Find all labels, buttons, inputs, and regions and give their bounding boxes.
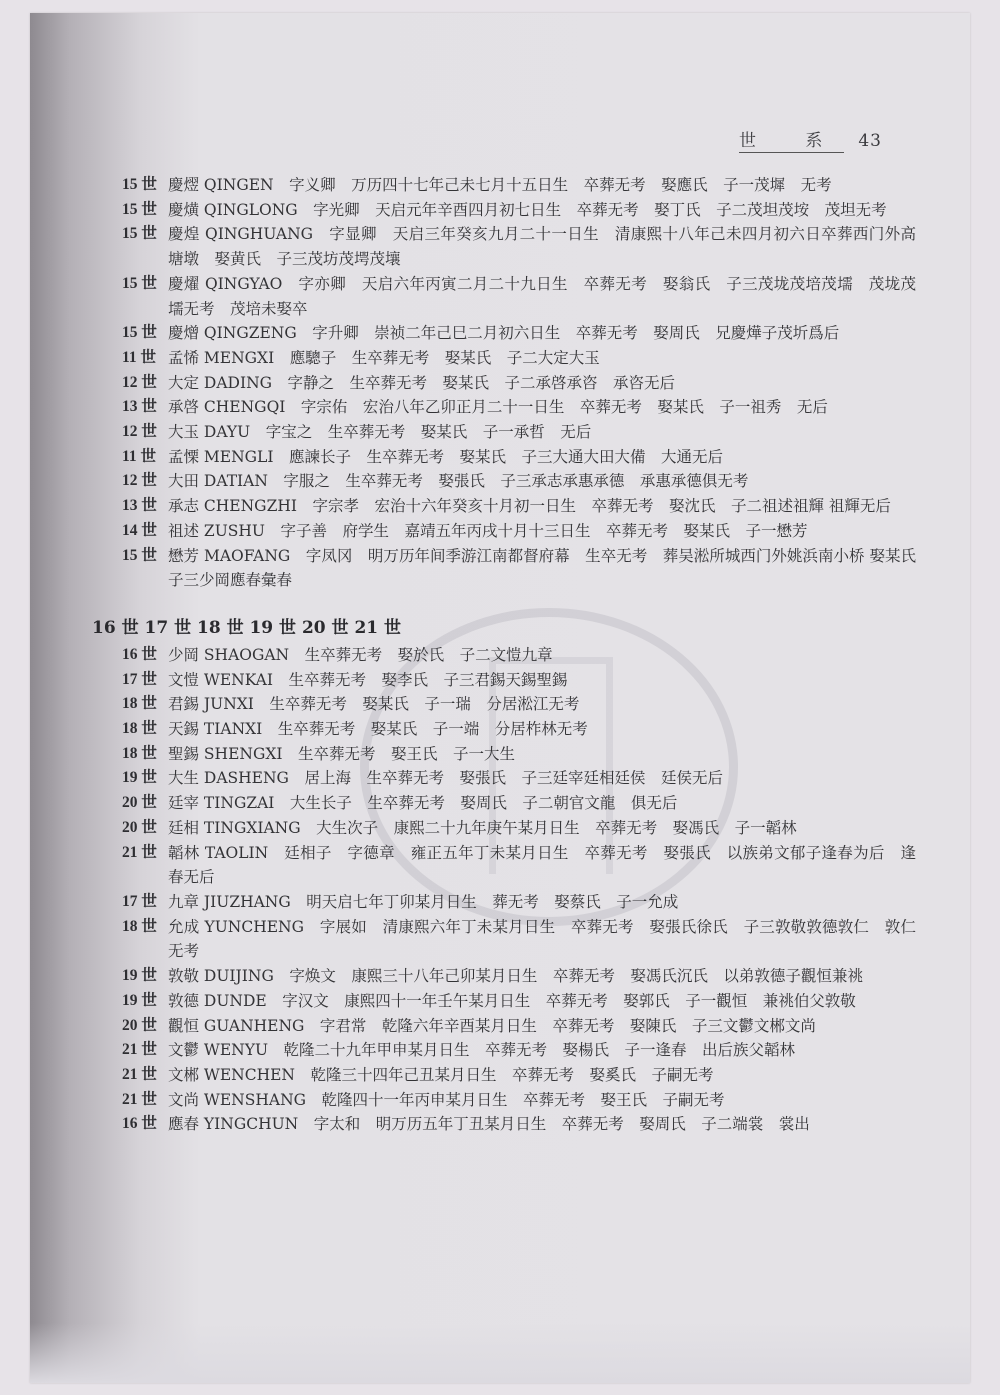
generation-label: 21 世 [122, 1088, 168, 1113]
genealogy-entry: 19 世敦德 DUNDE 字汉文 康熙四十一年壬午某月日生 卒葬无考 娶郭氏 子… [92, 989, 922, 1014]
genealogy-entry: 21 世文郴 WENCHEN 乾隆三十四年己丑某月日生 卒葬无考 娶奚氏 子嗣无… [92, 1063, 922, 1088]
entry-text: 聖錫 SHENGXI 生卒葬无考 娶王氏 子一大生 [168, 742, 922, 767]
entry-text: 廷相 TINGXIANG 大生次子 康熙二十九年庚午某月日生 卒葬无考 娶馮氏 … [168, 816, 922, 841]
genealogy-entry: 11 世孟慄 MENGLI 應諫长子 生卒葬无考 娶某氏 子三大通大田大備 大通… [92, 445, 922, 470]
scanned-page: 世 系43 15 世慶熤 QINGEN 字义卿 万历四十七年己未七月十五日生 卒… [30, 13, 970, 1383]
entry-text: 應春 YINGCHUN 字太和 明万历五年丁丑某月日生 卒葬无考 娶周氏 子二端… [168, 1112, 922, 1137]
entry-text: 君錫 JUNXI 生卒葬无考 娶某氏 子一瑞 分居淞江无考 [168, 692, 922, 717]
entry-text: 孟慄 MENGLI 應諫长子 生卒葬无考 娶某氏 子三大通大田大備 大通无后 [168, 445, 922, 470]
generation-label: 11 世 [122, 445, 168, 470]
genealogy-entry: 20 世觀恒 GUANHENG 字君常 乾隆六年辛酉某月日生 卒葬无考 娶陳氏 … [92, 1014, 922, 1039]
running-header: 世 系43 [739, 126, 882, 153]
genealogy-entry: 20 世廷宰 TINGZAI 大生长子 生卒葬无考 娶周氏 子二朝官文龍 俱无后 [92, 791, 922, 816]
genealogy-entry: 15 世慶熿 QINGLONG 字光卿 天启元年辛酉四月初七日生 卒葬无考 娶丁… [92, 198, 922, 223]
entry-text: 慶熿 QINGLONG 字光卿 天启元年辛酉四月初七日生 卒葬无考 娶丁氏 子二… [168, 198, 922, 223]
generation-label: 14 世 [122, 519, 168, 544]
generation-label: 19 世 [122, 964, 168, 989]
generation-label: 20 世 [122, 791, 168, 816]
generation-label: 18 世 [122, 915, 168, 964]
generation-label: 17 世 [122, 668, 168, 693]
entry-text: 天錫 TIANXI 生卒葬无考 娶某氏 子一端 分居柞林无考 [168, 717, 922, 742]
genealogy-entry: 17 世文愷 WENKAI 生卒葬无考 娶李氏 子三君錫天錫聖錫 [92, 668, 922, 693]
generation-label: 17 世 [122, 890, 168, 915]
entries-part-1: 15 世慶熤 QINGEN 字义卿 万历四十七年己未七月十五日生 卒葬无考 娶應… [92, 173, 922, 593]
generation-label: 19 世 [122, 989, 168, 1014]
entry-text: 敦敬 DUIJING 字焕文 康熙三十八年己卯某月日生 卒葬无考 娶馮氏沉氏 以… [168, 964, 922, 989]
entry-text: 九章 JIUZHANG 明天启七年丁卯某月日生 葬无考 娶蔡氏 子一允成 [168, 890, 922, 915]
generation-label: 15 世 [122, 544, 168, 593]
genealogy-entry: 15 世慶熷 QINGZENG 字升卿 崇祯二年己巳二月初六日生 卒葬无考 娶周… [92, 321, 922, 346]
genealogy-entry: 15 世慶熤 QINGEN 字义卿 万历四十七年己未七月十五日生 卒葬无考 娶應… [92, 173, 922, 198]
generation-label: 15 世 [122, 198, 168, 223]
genealogy-entry: 19 世敦敬 DUIJING 字焕文 康熙三十八年己卯某月日生 卒葬无考 娶馮氏… [92, 964, 922, 989]
entry-text: 敦德 DUNDE 字汉文 康熙四十一年壬午某月日生 卒葬无考 娶郭氏 子一觀恒 … [168, 989, 922, 1014]
genealogy-entry: 20 世廷相 TINGXIANG 大生次子 康熙二十九年庚午某月日生 卒葬无考 … [92, 816, 922, 841]
genealogy-entry: 15 世懋芳 MAOFANG 字凤冈 明万历年间季游江南都督府幕 生卒无考 葬吴… [92, 544, 922, 593]
entry-text: 少岡 SHAOGAN 生卒葬无考 娶於氏 子二文愷九章 [168, 643, 922, 668]
generation-label: 12 世 [122, 420, 168, 445]
genealogy-entry: 12 世大田 DATIAN 字服之 生卒葬无考 娶張氏 子三承志承惠承德 承惠承… [92, 469, 922, 494]
generation-label: 15 世 [122, 272, 168, 321]
entry-text: 懋芳 MAOFANG 字凤冈 明万历年间季游江南都督府幕 生卒无考 葬吴淞所城西… [168, 544, 922, 593]
entry-text: 允成 YUNCHENG 字展如 清康熙六年丁未某月日生 卒葬无考 娶張氏徐氏 子… [168, 915, 922, 964]
genealogy-entry: 21 世文尚 WENSHANG 乾隆四十一年丙申某月日生 卒葬无考 娶王氏 子嗣… [92, 1088, 922, 1113]
genealogy-entry: 13 世承啓 CHENGQI 字宗佑 宏治八年乙卯正月二十一日生 卒葬无考 娶某… [92, 395, 922, 420]
entry-text: 文尚 WENSHANG 乾隆四十一年丙申某月日生 卒葬无考 娶王氏 子嗣无考 [168, 1088, 922, 1113]
genealogy-entry: 21 世文鬱 WENYU 乾隆二十九年甲申某月日生 卒葬无考 娶楊氏 子一逢春 … [92, 1038, 922, 1063]
entry-text: 孟悕 MENGXI 應驄子 生卒葬无考 娶某氏 子二大定大玉 [168, 346, 922, 371]
generation-label: 20 世 [122, 1014, 168, 1039]
generation-label: 15 世 [122, 173, 168, 198]
entry-text: 慶燿 QINGYAO 字亦卿 天启六年丙寅二月二十九日生 卒葬无考 娶翁氏 子三… [168, 272, 922, 321]
generation-label: 21 世 [122, 841, 168, 890]
genealogy-entry: 16 世應春 YINGCHUN 字太和 明万历五年丁丑某月日生 卒葬无考 娶周氏… [92, 1112, 922, 1137]
genealogy-entry: 18 世君錫 JUNXI 生卒葬无考 娶某氏 子一瑞 分居淞江无考 [92, 692, 922, 717]
genealogy-content: 15 世慶熤 QINGEN 字义卿 万历四十七年己未七月十五日生 卒葬无考 娶應… [92, 173, 922, 1137]
entry-text: 承啓 CHENGQI 字宗佑 宏治八年乙卯正月二十一日生 卒葬无考 娶某氏 子一… [168, 395, 922, 420]
page-number: 43 [858, 131, 882, 151]
generation-label: 18 世 [122, 742, 168, 767]
page-bottom-shade [30, 1323, 970, 1383]
entry-text: 大生 DASHENG 居上海 生卒葬无考 娶張氏 子三廷宰廷相廷侯 廷侯无后 [168, 766, 922, 791]
entry-text: 文鬱 WENYU 乾隆二十九年甲申某月日生 卒葬无考 娶楊氏 子一逢春 出后族父… [168, 1038, 922, 1063]
entry-text: 觀恒 GUANHENG 字君常 乾隆六年辛酉某月日生 卒葬无考 娶陳氏 子三文鬱… [168, 1014, 922, 1039]
generation-label: 16 世 [122, 643, 168, 668]
generation-label: 20 世 [122, 816, 168, 841]
genealogy-entry: 18 世聖錫 SHENGXI 生卒葬无考 娶王氏 子一大生 [92, 742, 922, 767]
generation-label: 21 世 [122, 1063, 168, 1088]
generation-label: 19 世 [122, 766, 168, 791]
generation-label: 18 世 [122, 717, 168, 742]
entry-text: 祖述 ZUSHU 字子善 府学生 嘉靖五年丙戌十月十三日生 卒葬无考 娶某氏 子… [168, 519, 922, 544]
generation-label: 12 世 [122, 469, 168, 494]
generation-label: 15 世 [122, 321, 168, 346]
genealogy-entry: 18 世天錫 TIANXI 生卒葬无考 娶某氏 子一端 分居柞林无考 [92, 717, 922, 742]
entry-text: 慶煌 QINGHUANG 字显卿 天启三年癸亥九月二十一日生 清康熙十八年己未四… [168, 222, 922, 271]
genealogy-entry: 13 世承志 CHENGZHI 字宗孝 宏治十六年癸亥十月初一日生 卒葬无考 娶… [92, 494, 922, 519]
entry-text: 文郴 WENCHEN 乾隆三十四年己丑某月日生 卒葬无考 娶奚氏 子嗣无考 [168, 1063, 922, 1088]
entries-part-2: 16 世少岡 SHAOGAN 生卒葬无考 娶於氏 子二文愷九章17 世文愷 WE… [92, 643, 922, 1137]
generation-label: 12 世 [122, 371, 168, 396]
genealogy-entry: 14 世祖述 ZUSHU 字子善 府学生 嘉靖五年丙戌十月十三日生 卒葬无考 娶… [92, 519, 922, 544]
entry-text: 大玉 DAYU 字宝之 生卒葬无考 娶某氏 子一承哲 无后 [168, 420, 922, 445]
generation-label: 11 世 [122, 346, 168, 371]
genealogy-entry: 15 世慶煌 QINGHUANG 字显卿 天启三年癸亥九月二十一日生 清康熙十八… [92, 222, 922, 271]
genealogy-entry: 11 世孟悕 MENGXI 應驄子 生卒葬无考 娶某氏 子二大定大玉 [92, 346, 922, 371]
generation-label: 21 世 [122, 1038, 168, 1063]
genealogy-entry: 17 世九章 JIUZHANG 明天启七年丁卯某月日生 葬无考 娶蔡氏 子一允成 [92, 890, 922, 915]
section-title: 世 系 [739, 126, 844, 153]
entry-text: 大定 DADING 字静之 生卒葬无考 娶某氏 子二承啓承咨 承咨无后 [168, 371, 922, 396]
entry-text: 慶熷 QINGZENG 字升卿 崇祯二年己巳二月初六日生 卒葬无考 娶周氏 兄慶… [168, 321, 922, 346]
genealogy-entry: 18 世允成 YUNCHENG 字展如 清康熙六年丁未某月日生 卒葬无考 娶張氏… [92, 915, 922, 964]
generation-label: 18 世 [122, 692, 168, 717]
generation-label: 13 世 [122, 494, 168, 519]
genealogy-entry: 15 世慶燿 QINGYAO 字亦卿 天启六年丙寅二月二十九日生 卒葬无考 娶翁… [92, 272, 922, 321]
generation-section-heading: 16 世 17 世 18 世 19 世 20 世 21 世 [92, 615, 922, 641]
entry-text: 大田 DATIAN 字服之 生卒葬无考 娶張氏 子三承志承惠承德 承惠承德俱无考 [168, 469, 922, 494]
genealogy-entry: 12 世大玉 DAYU 字宝之 生卒葬无考 娶某氏 子一承哲 无后 [92, 420, 922, 445]
entry-text: 慶熤 QINGEN 字义卿 万历四十七年己未七月十五日生 卒葬无考 娶應氏 子一… [168, 173, 922, 198]
entry-text: 文愷 WENKAI 生卒葬无考 娶李氏 子三君錫天錫聖錫 [168, 668, 922, 693]
entry-text: 廷宰 TINGZAI 大生长子 生卒葬无考 娶周氏 子二朝官文龍 俱无后 [168, 791, 922, 816]
genealogy-entry: 12 世大定 DADING 字静之 生卒葬无考 娶某氏 子二承啓承咨 承咨无后 [92, 371, 922, 396]
generation-label: 15 世 [122, 222, 168, 271]
genealogy-entry: 19 世大生 DASHENG 居上海 生卒葬无考 娶張氏 子三廷宰廷相廷侯 廷侯… [92, 766, 922, 791]
generation-label: 13 世 [122, 395, 168, 420]
entry-text: 承志 CHENGZHI 字宗孝 宏治十六年癸亥十月初一日生 卒葬无考 娶沈氏 子… [168, 494, 922, 519]
entry-text: 韜林 TAOLIN 廷相子 字德章 雍正五年丁未某月日生 卒葬无考 娶張氏 以族… [168, 841, 922, 890]
genealogy-entry: 16 世少岡 SHAOGAN 生卒葬无考 娶於氏 子二文愷九章 [92, 643, 922, 668]
generation-label: 16 世 [122, 1112, 168, 1137]
genealogy-entry: 21 世韜林 TAOLIN 廷相子 字德章 雍正五年丁未某月日生 卒葬无考 娶張… [92, 841, 922, 890]
